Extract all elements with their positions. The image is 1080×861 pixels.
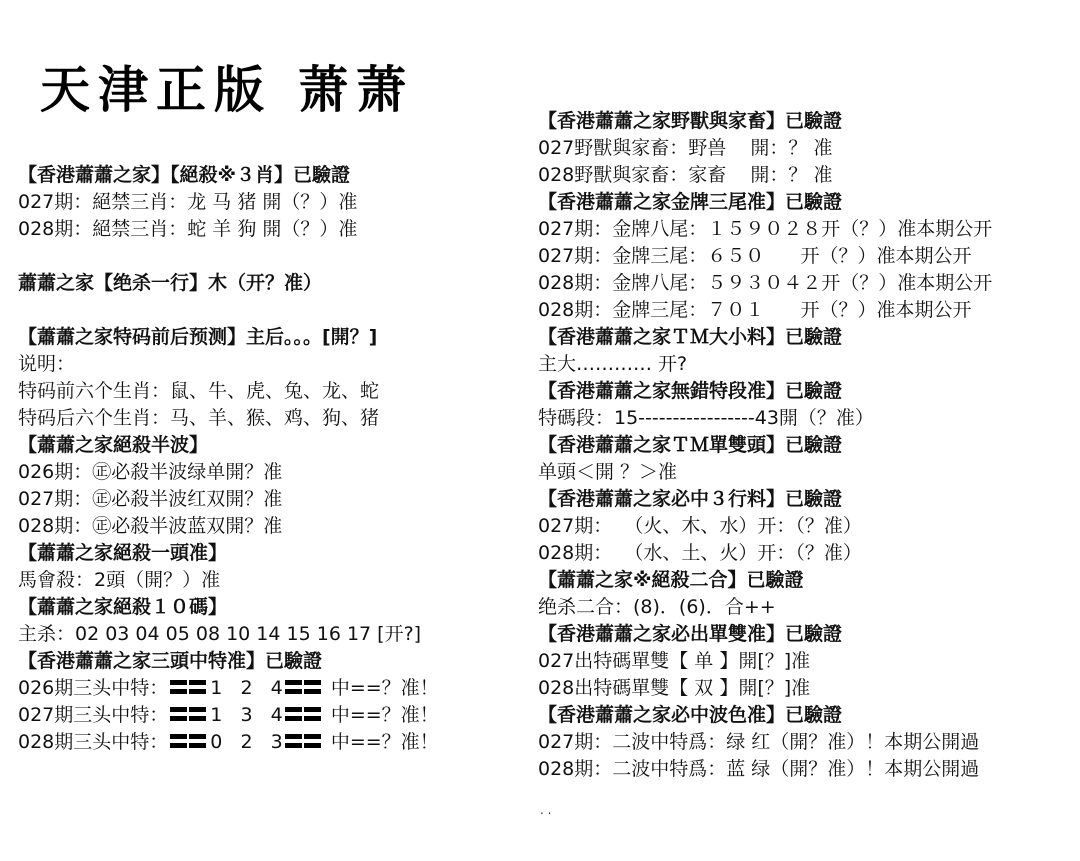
text-line: 027期：二波中特爲：绿 红（開？准）！本期公開過 [538,729,992,756]
text-line: 特碼段：15-----------------43開（？准） [538,405,992,432]
section-heading: 【香港蕭蕭之家】【絕殺※３肖】已驗證 [18,162,439,189]
blank-line [18,243,439,270]
text-line: 028期：金牌八尾：５９３０４２开（？）准本期公开 [538,270,992,297]
text-line: 特码后六个生肖：马、羊、猴、鸡、狗、猪 [18,405,439,432]
text-line: 028期：㊣必殺半波蓝双開？准 [18,513,439,540]
page-title: 天津正版萧萧 [40,50,414,122]
bar-block-icon [170,675,208,702]
section-heading: 【香港蕭蕭之家三頭中特准】已驗證 [18,648,439,675]
right-column: 【香港蕭蕭之家野獸與家畜】已驗證027野獸與家畜：野兽 開：？ 准028野獸與家… [538,108,992,783]
text-line: 单頭＜開 ？＞准 [538,459,992,486]
text-line: 绝杀二合：(8)．(6)．合++ [538,594,992,621]
text-line: 028期：絕禁三肖：蛇 羊 狗 開（？）准 [18,216,439,243]
text-line: 027期：金牌八尾：１５９０２８开（？）准本期公开 [538,216,992,243]
head-numbers: 1 2 4 [210,677,283,699]
text-line: 主杀：02 03 04 05 08 10 14 15 16 17 [开?] [18,621,439,648]
section-heading: 【香港蕭蕭之家野獸與家畜】已驗證 [538,108,992,135]
text-line: 028期：金牌三尾：７０１ 开（？）准本期公开 [538,297,992,324]
section-heading: 【香港蕭蕭之家必中波色准】已驗證 [538,702,992,729]
text-line: 027期：金牌三尾：６５０ 开（？）准本期公开 [538,243,992,270]
bar-block-icon [170,702,208,729]
three-heads-row: 027期三头中特：1 3 4 中==？准！ [18,702,439,729]
text-line: 027期：㊣必殺半波红双開？准 [18,486,439,513]
text-line: 027出特碼單雙【 单 】開[？]准 [538,648,992,675]
footer-dots: . . [540,803,551,817]
bar-block-icon [170,729,208,756]
row-prefix: 028期三头中特： [18,731,168,753]
section-heading: 【蕭蕭之家特码前后预测】主后。。。[開？] [18,324,439,351]
text-line: 027野獸與家畜：野兽 開：？ 准 [538,135,992,162]
section-heading: 蕭蕭之家【绝杀一行】木（开？准） [18,270,439,297]
text-line: 028期：二波中特爲：蓝 绿（開？准）！本期公開過 [538,756,992,783]
row-suffix: 中==？准！ [325,677,439,699]
text-line: 主大………… 开? [538,351,992,378]
text-line: 027期： （火、木、水）开：（？准） [538,513,992,540]
section-heading: 【香港蕭蕭之家必中３行料】已驗證 [538,486,992,513]
bar-block-icon [285,702,323,729]
section-heading: 【蕭蕭之家絕殺一頭准】 [18,540,439,567]
section-heading: 【蕭蕭之家絕殺１０碼】 [18,594,439,621]
text-line: 特码前六个生肖：鼠、牛、虎、兔、龙、蛇 [18,378,439,405]
row-suffix: 中==？准！ [325,704,439,726]
row-suffix: 中==？准！ [325,731,439,753]
text-line: 馬會殺：2頭（開？）准 [18,567,439,594]
left-column: 【香港蕭蕭之家】【絕殺※３肖】已驗證027期：絕禁三肖：龙 马 猪 開（？）准0… [18,162,439,756]
blank-line [18,297,439,324]
title-main: 天津正版 [40,60,272,119]
three-heads-row: 026期三头中特：1 2 4 中==？准！ [18,675,439,702]
text-line: 028出特碼單雙【 双 】開[？]准 [538,675,992,702]
text-line: 028期： （水、土、火）开：（？准） [538,540,992,567]
bar-block-icon [285,729,323,756]
bar-block-icon [285,675,323,702]
text-line: 026期：㊣必殺半波绿单開？准 [18,459,439,486]
text-line: 说明： [18,351,439,378]
text-line: 027期：絕禁三肖：龙 马 猪 開（？）准 [18,189,439,216]
head-numbers: 0 2 3 [210,731,283,753]
row-prefix: 026期三头中特： [18,677,168,699]
three-heads-row: 028期三头中特：0 2 3 中==？准！ [18,729,439,756]
head-numbers: 1 3 4 [210,704,283,726]
section-heading: 【香港蕭蕭之家無錯特段准】已驗證 [538,378,992,405]
section-heading: 【香港蕭蕭之家ＴＭ單雙頭】已驗證 [538,432,992,459]
section-heading: 【蕭蕭之家絕殺半波】 [18,432,439,459]
row-prefix: 027期三头中特： [18,704,168,726]
section-heading: 【香港蕭蕭之家ＴＭ大小料】已驗證 [538,324,992,351]
section-heading: 【蕭蕭之家※絕殺二合】已驗證 [538,567,992,594]
text-line: 028野獸與家畜：家畜 開：？ 准 [538,162,992,189]
title-sub: 萧萧 [298,60,414,119]
section-heading: 【香港蕭蕭之家必出單雙准】已驗證 [538,621,992,648]
section-heading: 【香港蕭蕭之家金牌三尾准】已驗證 [538,189,992,216]
